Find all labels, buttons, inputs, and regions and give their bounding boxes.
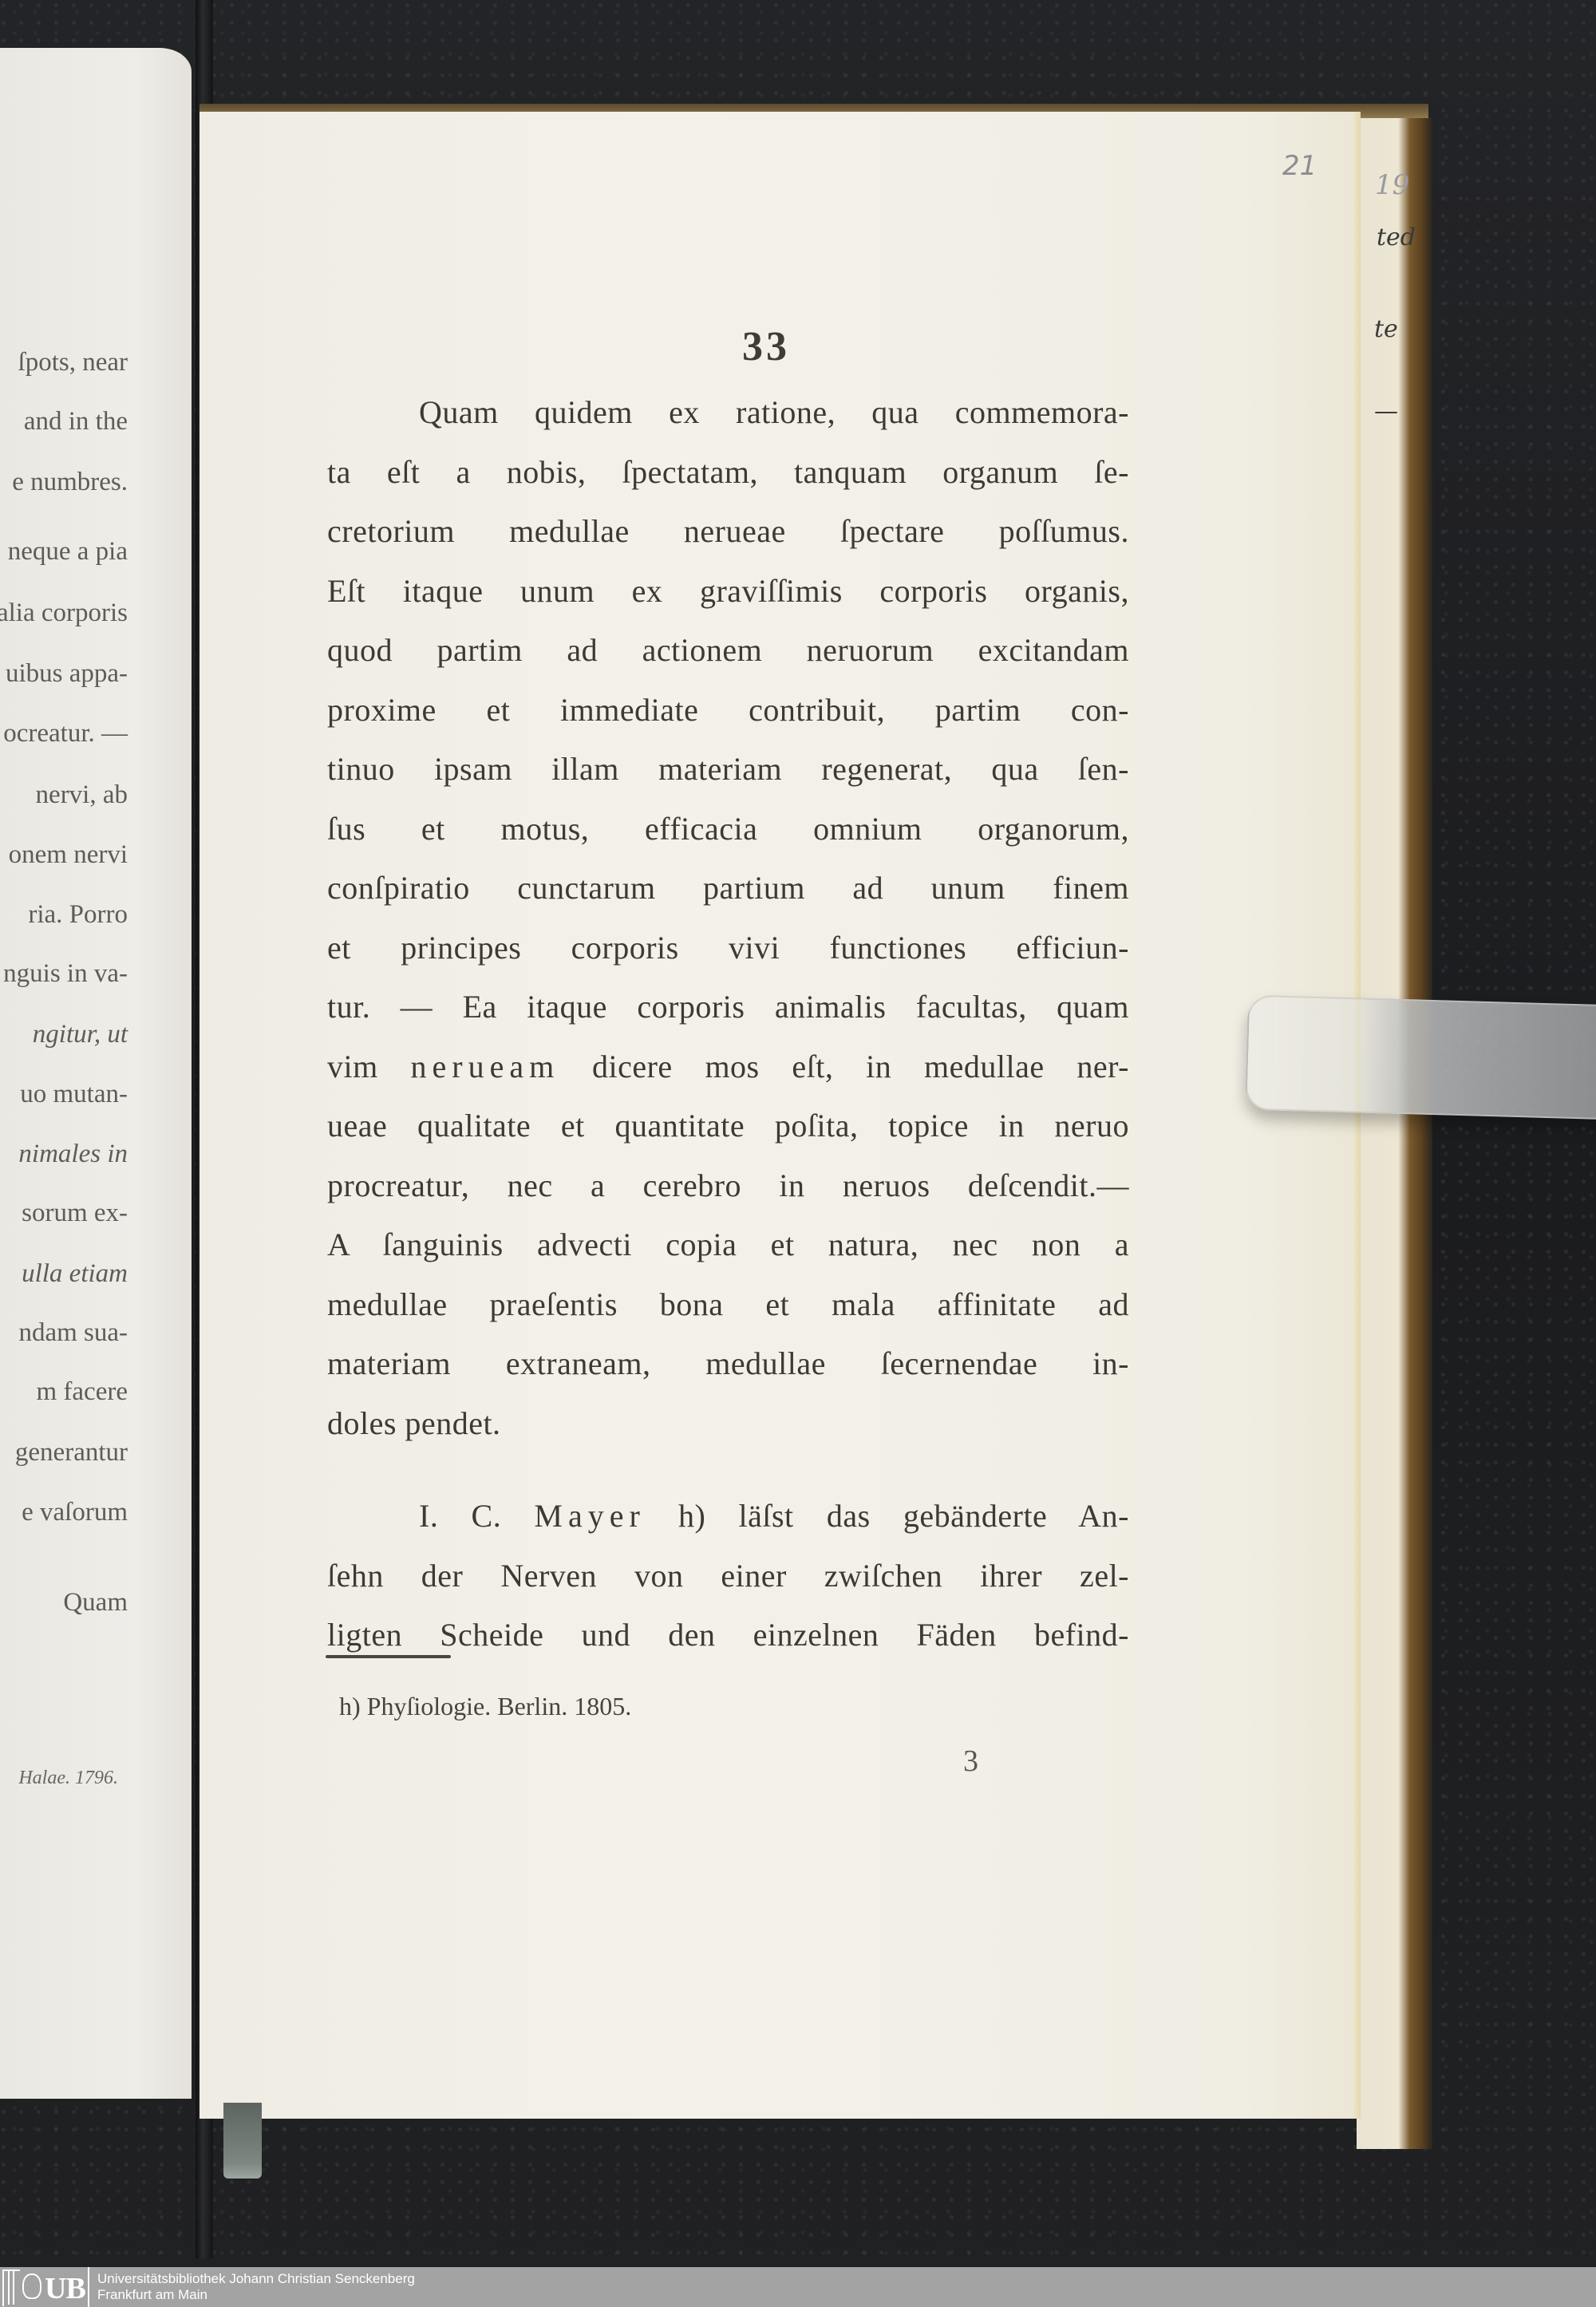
text-line: A ſanguinis advecti copia et natura, nec… (327, 1215, 1129, 1275)
institution-line-1: Universitätsbibliothek Johann Christian … (97, 2271, 415, 2287)
left-page-line: nguis in va- (3, 959, 128, 989)
text-line: medullae praeſentis bona et mala affinit… (327, 1275, 1129, 1335)
edge-ink-annotation: ted (1377, 223, 1416, 251)
emphasized-term: nerueam (411, 1049, 560, 1084)
edge-ink-annotation: te (1374, 315, 1398, 343)
text-line: tinuo ipsam illam materiam regenerat, qu… (327, 740, 1129, 800)
text-line: ta eſt a nobis, ſpectatam, tanquam organ… (327, 443, 1129, 503)
pencil-folio-number: 21 (1282, 150, 1317, 182)
left-page-line: ulla etiam (22, 1259, 128, 1289)
text-line: Eſt itaque unum ex graviſſimis corporis … (327, 562, 1129, 622)
left-page-line: generantur (15, 1438, 128, 1468)
text-line: I. C. Mayer h) läſst das gebänderte An- (327, 1487, 1129, 1547)
left-page-fragment: ſpots, nearand in thee numbres.neque a p… (0, 48, 192, 2099)
text-line: ſus et motus, efficacia omnium organorum… (327, 800, 1129, 859)
signature-mark: 3 (963, 1744, 978, 1779)
text-fragment: dicere mos eſt, in medullae ner- (559, 1049, 1129, 1084)
text-line: ſehn der Nerven von einer zwiſchen ihrer… (327, 1547, 1129, 1606)
left-page-line: uibus appa- (6, 659, 128, 689)
text-line: procreatur, nec a cerebro in neruos deſc… (327, 1156, 1129, 1216)
left-page-line: uo mutan- (20, 1080, 128, 1109)
left-page-line: Quam (63, 1588, 128, 1618)
left-page-line: sorum ex- (22, 1199, 128, 1228)
institution-line-2: Frankfurt am Main (97, 2287, 415, 2303)
left-page-line: onem nervi (9, 840, 128, 870)
left-page-footnote: Halae. 1796. (18, 1768, 118, 1789)
institution-name: Universitätsbibliothek Johann Christian … (97, 2271, 415, 2303)
building-columns-icon (2, 2269, 20, 2306)
left-page-line: ria. Porro (28, 900, 128, 930)
left-page-line: m facere (37, 1377, 128, 1407)
left-page-line: and in the (24, 407, 128, 437)
left-page-line: e numbres. (12, 468, 128, 497)
author-name: Mayer (534, 1498, 645, 1534)
logo-text: UB (45, 2271, 85, 2306)
edge-ink-annotation: — (1374, 397, 1398, 425)
glass-page-weight (1245, 995, 1596, 1120)
body-text: Quam quidem ex ratione, qua commemora-ta… (327, 383, 1129, 1665)
left-page-line: nervi, ab (36, 780, 128, 810)
left-page-line: ngitur, ut (33, 1020, 128, 1049)
left-page-line: alia corporis (0, 598, 128, 628)
paragraph-1-continued: ueae qualitate et quantitate poſita, top… (327, 1096, 1129, 1453)
paragraph-gap (327, 1453, 1129, 1487)
text-line: quod partim ad actionem neruorum excitan… (327, 621, 1129, 681)
bookmark-ribbon (223, 2103, 262, 2179)
text-line: ueae qualitate et quantitate poſita, top… (327, 1096, 1129, 1156)
text-fragment: vim (327, 1049, 411, 1084)
portrait-icon (22, 2273, 41, 2299)
text-line: et principes corporis vivi functiones ef… (327, 918, 1129, 978)
page-number: 33 (742, 323, 790, 370)
text-line: proxime et immediate contribuit, partim … (327, 681, 1129, 741)
left-page-line: ſpots, near (18, 348, 128, 377)
left-page-line: nimales in (18, 1140, 128, 1169)
library-footer-bar: UB Universitätsbibliothek Johann Christi… (0, 2267, 1596, 2307)
text-line: Quam quidem ex ratione, qua commemora- (327, 383, 1129, 443)
footnote: h) Phyſiologie. Berlin. 1805. (339, 1692, 631, 1721)
paragraph-2: ſehn der Nerven von einer zwiſchen ihrer… (327, 1547, 1129, 1665)
text-line: cretorium medullae nerueae ſpectare poſſ… (327, 502, 1129, 562)
ub-logo: UB (0, 2267, 89, 2307)
edge-pencil-number: 19 (1375, 169, 1409, 201)
footnote-divider (326, 1655, 451, 1658)
text-line: tur. — Ea itaque corporis animalis facul… (327, 978, 1129, 1037)
text-fragment: I. C. (419, 1498, 534, 1534)
left-page-line: neque a pia (8, 537, 128, 567)
left-page-line: ndam sua- (18, 1318, 128, 1348)
left-page-line: e vaſorum (22, 1498, 128, 1527)
left-page-line: ocreatur. — (3, 719, 128, 749)
text-line: conſpiratio cunctarum partium ad unum fi… (327, 859, 1129, 918)
text-line: materiam extraneam, medullae ſecernendae… (327, 1334, 1129, 1394)
paragraph-1: Quam quidem ex ratione, qua commemora-ta… (327, 383, 1129, 1037)
text-fragment: h) läſst das gebänderte An- (646, 1498, 1129, 1534)
text-line: vim nerueam dicere mos eſt, in medullae … (327, 1037, 1129, 1097)
text-line: doles pendet. (327, 1394, 1129, 1454)
